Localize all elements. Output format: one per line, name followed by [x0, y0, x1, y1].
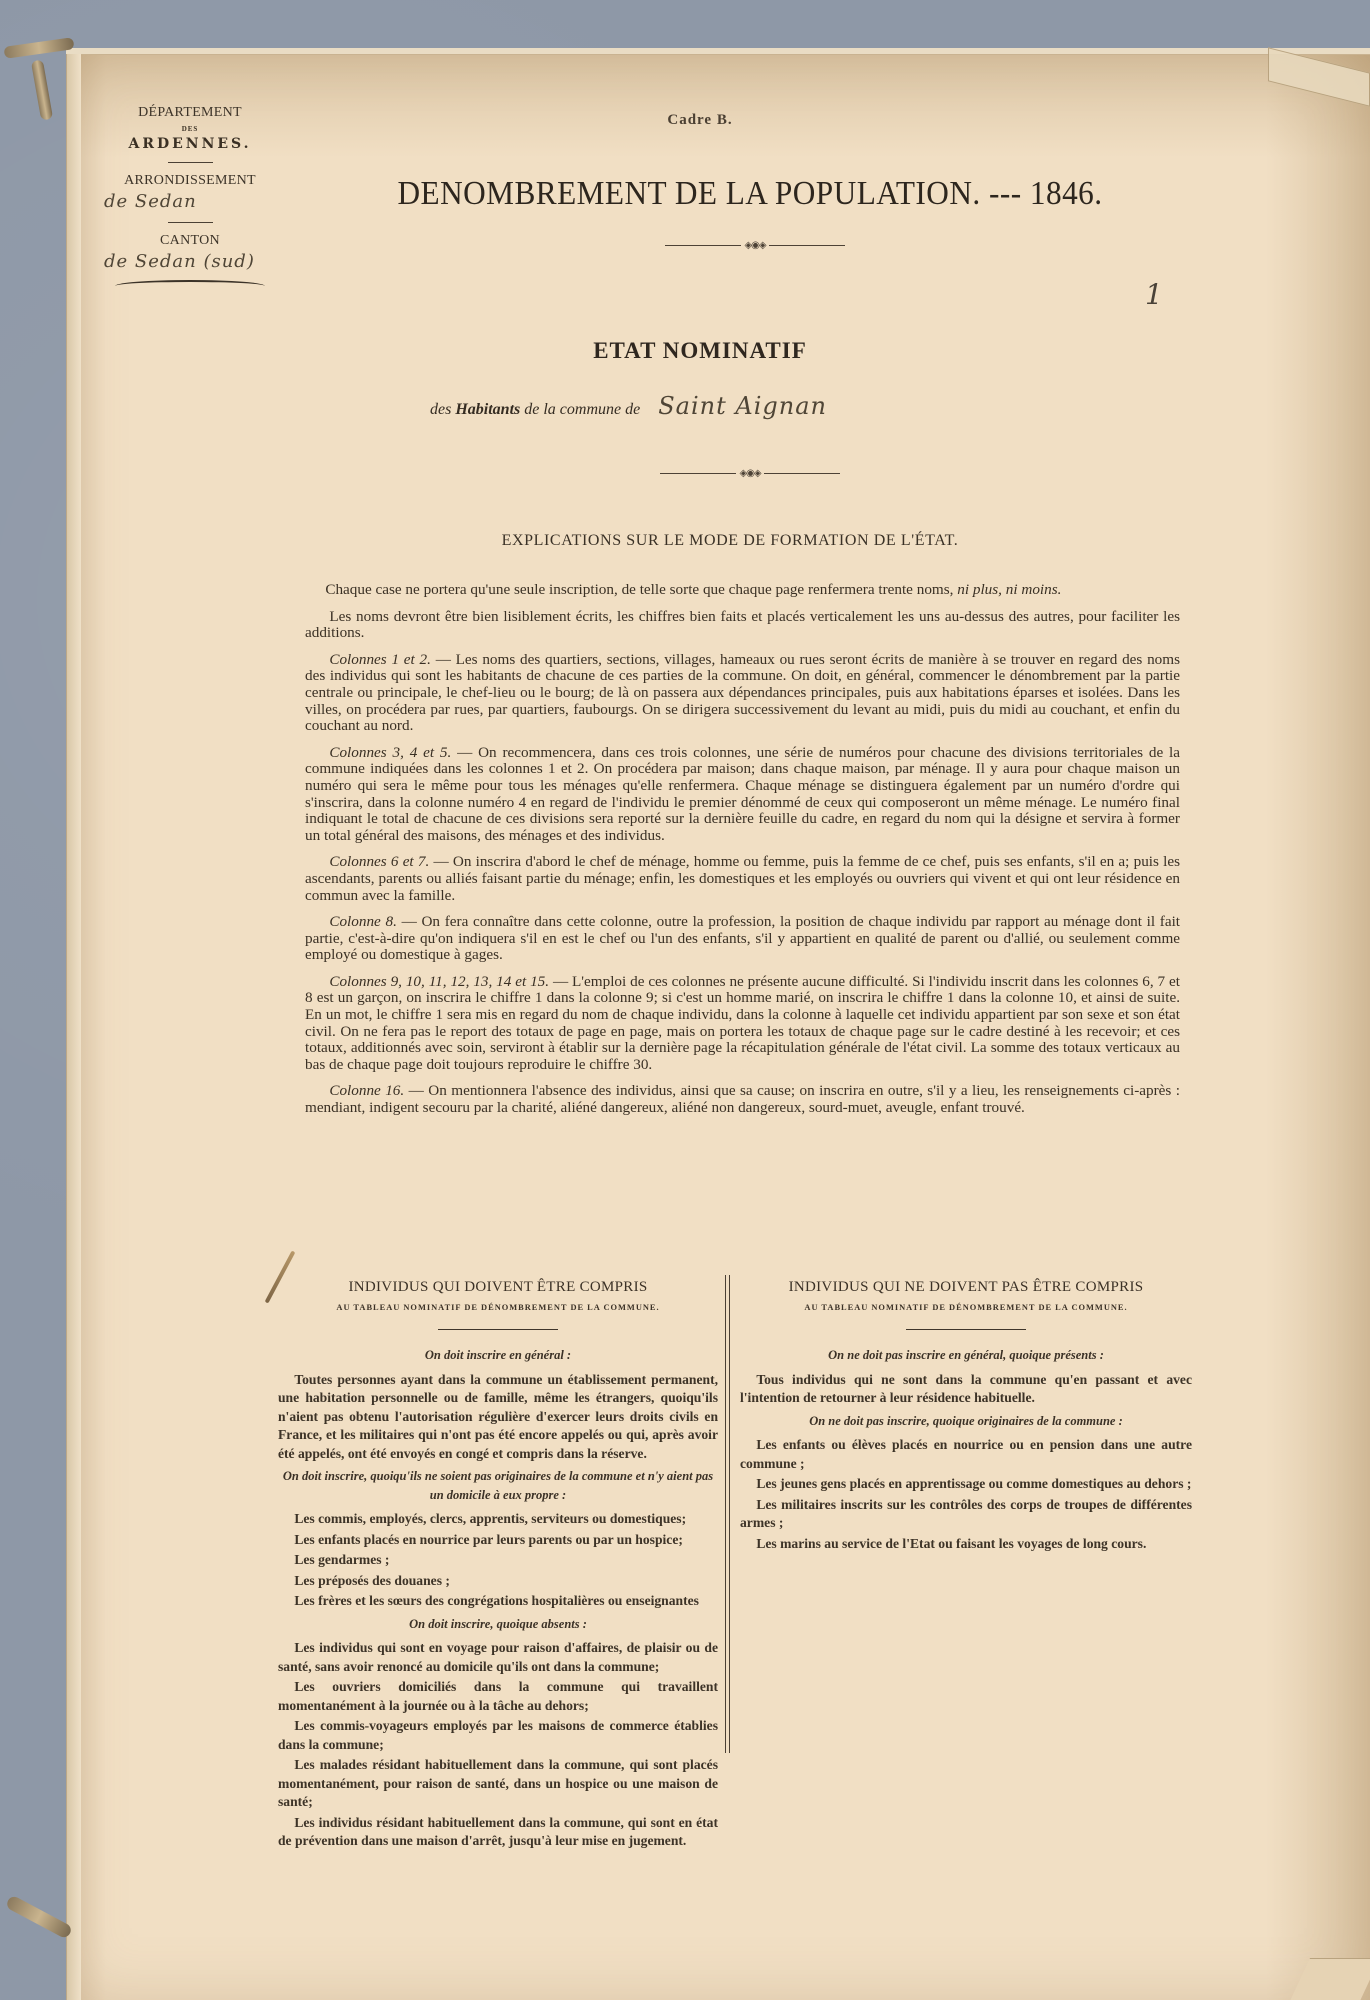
paragraph: Colonnes 1 et 2. — Les noms des quartier…: [305, 652, 1180, 735]
list-item: Les militaires inscrits sur les contrôle…: [740, 1496, 1192, 1533]
paragraph: Colonnes 6 et 7. — On inscrira d'abord l…: [305, 854, 1180, 904]
excluded-individuals-column: INDIVIDUS QUI NE DOIVENT PAS ÊTRE COMPRI…: [740, 1278, 1192, 1555]
paragraph: Colonne 8. — On fera connaître dans cett…: [305, 914, 1180, 964]
canton-handwritten: de Sedan (sud): [100, 251, 280, 272]
divider: [438, 1329, 558, 1330]
included-individuals-column: INDIVIDUS QUI DOIVENT ÊTRE COMPRIS AU TA…: [278, 1278, 718, 1853]
departement-name: ARDENNES.: [100, 136, 280, 152]
commune-prefix: des: [430, 401, 451, 418]
list-item: Les enfants placés en nourrice par leurs…: [278, 1531, 718, 1550]
list-item: Les commis, employés, clercs, apprentis,…: [278, 1510, 718, 1529]
commune-line: des Habitants de la commune de Saint Aig…: [430, 392, 1030, 420]
divider: [906, 1329, 1026, 1330]
administrative-sidebar: DÉPARTEMENT DES ARDENNES. ARRONDISSEMENT…: [100, 105, 280, 292]
section-title: On ne doit pas inscrire en général, quoi…: [740, 1346, 1192, 1365]
list-item: Les frères et les sœurs des congrégation…: [278, 1592, 718, 1611]
page-title: DENOMBREMENT DE LA POPULATION. --- 1846.: [364, 175, 1137, 213]
departement-label: DÉPARTEMENT: [100, 105, 280, 121]
column-subheading: AU TABLEAU NOMINATIF DE DÉNOMBREMENT DE …: [740, 1299, 1192, 1318]
column-divider: [725, 1275, 730, 1753]
paragraph: Colonnes 3, 4 et 5. — On recommencera, d…: [305, 745, 1180, 845]
list-item: Les individus qui sont en voyage pour ra…: [278, 1639, 718, 1676]
section-title: On ne doit pas inscrire, quoique origina…: [740, 1412, 1192, 1431]
explications-title: EXPLICATIONS SUR LE MODE DE FORMATION DE…: [440, 532, 1020, 550]
paragraph: Les noms devront être bien lisiblement é…: [305, 609, 1180, 642]
list-item: Les enfants ou élèves placés en nourrice…: [740, 1436, 1192, 1473]
list-item: Les préposés des douanes ;: [278, 1572, 718, 1591]
list-item: Les individus résidant habituellement da…: [278, 1814, 718, 1851]
commune-prefix-2: de la commune de: [524, 401, 640, 418]
list-item: Les ouvriers domiciliés dans la commune …: [278, 1678, 718, 1715]
column-subheading: AU TABLEAU NOMINATIF DE DÉNOMBREMENT DE …: [278, 1299, 718, 1318]
cadre-label: Cadre B.: [620, 112, 780, 129]
paragraph: Chaque case ne portera qu'une seule insc…: [301, 582, 1180, 599]
list-item: Toutes personnes ayant dans la commune u…: [278, 1371, 718, 1464]
ornament-divider-icon: ◈◉◈: [660, 466, 840, 480]
column-heading: INDIVIDUS QUI NE DOIVENT PAS ÊTRE COMPRI…: [740, 1278, 1192, 1297]
commune-handwritten: Saint Aignan: [658, 392, 827, 420]
page-number-handwritten: 1: [1145, 278, 1163, 311]
arrondissement-label: ARRONDISSEMENT: [100, 173, 280, 189]
divider: [168, 222, 213, 223]
paragraph: Colonnes 9, 10, 11, 12, 13, 14 et 15. — …: [305, 974, 1180, 1074]
paragraph: Colonne 16. — On mentionnera l'absence d…: [305, 1083, 1180, 1116]
canton-label: CANTON: [100, 233, 280, 249]
binding-fold: [66, 54, 81, 2000]
list-item: Tous individus qui ne sont dans la commu…: [740, 1371, 1192, 1408]
list-item: Les gendarmes ;: [278, 1551, 718, 1570]
divider: [168, 162, 213, 163]
list-item: Les marins au service de l'Etat ou faisa…: [740, 1535, 1192, 1554]
ornament-divider-icon: ◈◉◈: [665, 238, 845, 252]
section-title: On doit inscrire, quoique absents :: [278, 1615, 718, 1634]
section-title: On doit inscrire, quoiqu'ils ne soient p…: [278, 1467, 718, 1504]
list-item: Les commis-voyageurs employés par les ma…: [278, 1717, 718, 1754]
list-item: Les jeunes gens placés en apprentissage …: [740, 1475, 1192, 1494]
column-heading: INDIVIDUS QUI DOIVENT ÊTRE COMPRIS: [278, 1278, 718, 1297]
commune-prefix-bold: Habitants: [455, 401, 520, 418]
section-title: On doit inscrire en général :: [278, 1346, 718, 1365]
explications-body: Chaque case ne portera qu'une seule insc…: [305, 582, 1180, 1127]
swash-ornament: [115, 280, 265, 292]
etat-nominatif-title: ETAT NOMINATIF: [540, 338, 860, 364]
des-label: DES: [100, 125, 280, 133]
list-item: Les malades résidant habituellement dans…: [278, 1756, 718, 1812]
arrondissement-handwritten: de Sedan: [100, 191, 280, 212]
page-top-edge: [66, 48, 1370, 55]
